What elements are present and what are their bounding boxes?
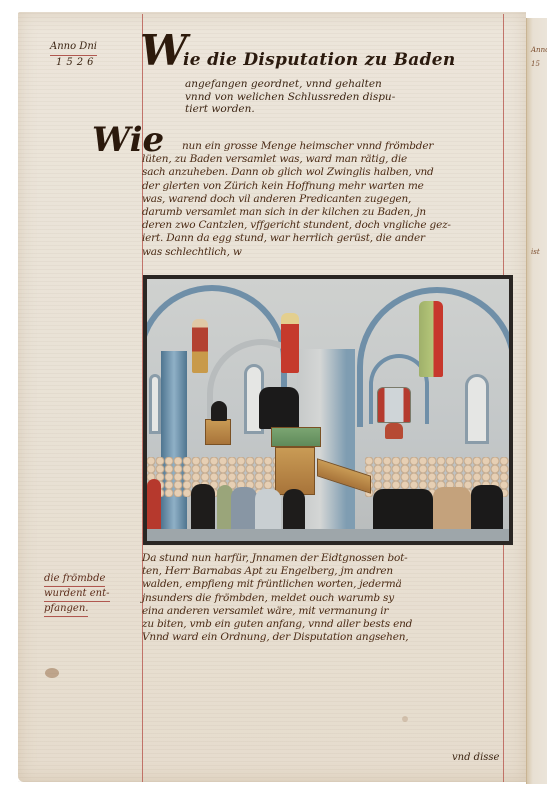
text-line: sach anzuheben. Dann ob glich wol Zwingl… bbox=[142, 166, 451, 179]
text-line: deren zwo Cantzlen, vffgericht stundent,… bbox=[142, 219, 451, 232]
margin-note-line: die frömbde bbox=[44, 572, 105, 587]
blue-column bbox=[161, 351, 187, 531]
date-annotation: Anno Dni 1526 bbox=[50, 40, 97, 70]
paragraph-1: nun ein grosse Menge heimscher vnnd fröm… bbox=[142, 140, 451, 259]
year-label: 1526 bbox=[50, 55, 97, 70]
text-line: Vnnd ward ein Ordnung, der Disputation a… bbox=[142, 631, 412, 644]
text-line: darumb versamlet man sich in der kilchen… bbox=[142, 206, 451, 219]
next-page-fragment: 15 bbox=[531, 60, 540, 68]
preacher-figure bbox=[259, 387, 299, 429]
text-line: jnsunders die frömbden, meldet ouch waru… bbox=[142, 592, 412, 605]
margin-note-line: wurdent ent- bbox=[44, 587, 110, 602]
text-line: was schlechtlich, w bbox=[142, 246, 451, 259]
main-pulpit-top bbox=[271, 427, 321, 447]
text-line: der glerten von Zürich kein Hoffnung meh… bbox=[142, 180, 451, 193]
subheading-line: vnnd von welichen Schlussreden dispu- bbox=[185, 91, 395, 104]
saint-statue bbox=[281, 313, 299, 373]
small-pulpit bbox=[205, 419, 231, 445]
saint-statue-green bbox=[419, 301, 443, 377]
text-line: ten, Herr Barnabas Apt zu Engelberg, jm … bbox=[142, 565, 412, 578]
altar-base bbox=[385, 423, 403, 439]
text-line: zu biten, vmb ein guten anfang, vnnd all… bbox=[142, 618, 412, 631]
subheading-line: angefangen geordnet, vnnd gehalten bbox=[185, 78, 395, 91]
margin-note-line: pfangen. bbox=[44, 602, 88, 617]
listener-red bbox=[147, 479, 161, 535]
text-line: nun ein grosse Menge heimscher vnnd fröm… bbox=[142, 140, 451, 153]
church-illustration bbox=[143, 275, 513, 545]
altar-shrine bbox=[377, 387, 411, 423]
paragraph-2: Da stund nun harfür, Jnnamen der Eidtgno… bbox=[142, 552, 412, 644]
next-page-fragment: ist bbox=[531, 248, 540, 256]
text-line: lüten, zu Baden versamlet was, ward man … bbox=[142, 153, 451, 166]
church-window bbox=[149, 374, 161, 434]
margin-note: die frömbde wurdent ent- pfangen. bbox=[44, 572, 110, 617]
saint-statue bbox=[192, 319, 208, 373]
church-window bbox=[465, 374, 489, 444]
church-floor bbox=[147, 529, 509, 541]
text-line: eina anderen versamlet wäre, mit vermanu… bbox=[142, 605, 412, 618]
next-page-fragment: Anno bbox=[531, 46, 547, 54]
anno-domini-label: Anno Dni bbox=[50, 41, 97, 52]
next-page-edge: Anno 15 ist bbox=[526, 18, 547, 784]
subheading-line: tiert worden. bbox=[185, 103, 395, 116]
title-subheading: angefangen geordnet, vnnd gehalten vnnd … bbox=[185, 78, 395, 116]
text-line: was, warend doch vil anderen Predicanten… bbox=[142, 193, 451, 206]
title-initial: W bbox=[140, 30, 187, 72]
text-line: iert. Dann da egg stund, war herrlich ge… bbox=[142, 232, 451, 245]
title-heading: ie die Disputation zu Baden bbox=[183, 50, 456, 70]
disputant-figure bbox=[211, 401, 227, 421]
catchword: vnd disse bbox=[452, 752, 499, 763]
paper-spot bbox=[402, 716, 408, 722]
ink-stain bbox=[45, 668, 59, 678]
text-line: walden, empfieng mit früntlichen worten,… bbox=[142, 578, 412, 591]
text-line: Da stund nun harfür, Jnnamen der Eidtgno… bbox=[142, 552, 412, 565]
main-pulpit bbox=[275, 447, 315, 495]
